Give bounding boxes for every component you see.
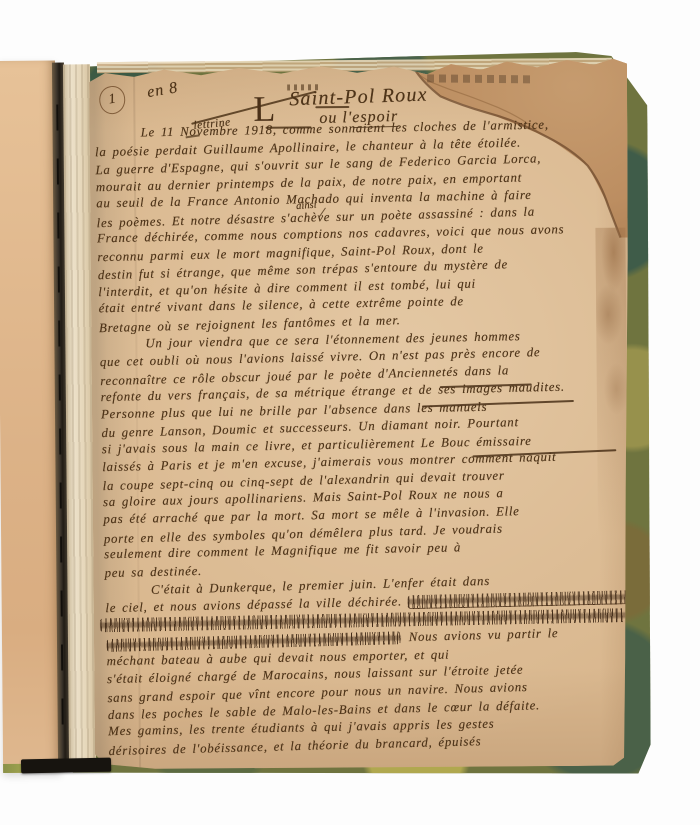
- manuscript-body: Le 11 Novembre 1918, comme sonnaient les…: [94, 114, 633, 759]
- page-number: 1: [108, 92, 117, 109]
- binding-tape: [21, 758, 111, 774]
- format-note: en 8: [146, 79, 180, 102]
- torn-text-remnant-right: [427, 74, 531, 83]
- open-notebook: 1 en 8 lettrine L Saint-Pol Roux ou l'es…: [0, 0, 700, 825]
- photo-of-manuscript: 1 en 8 lettrine L Saint-Pol Roux ou l'es…: [0, 0, 700, 825]
- page-title: Saint-Pol Roux: [289, 84, 428, 112]
- manuscript-page: 1 en 8 lettrine L Saint-Pol Roux ou l'es…: [89, 58, 633, 771]
- circled-page-number: 1: [97, 84, 127, 116]
